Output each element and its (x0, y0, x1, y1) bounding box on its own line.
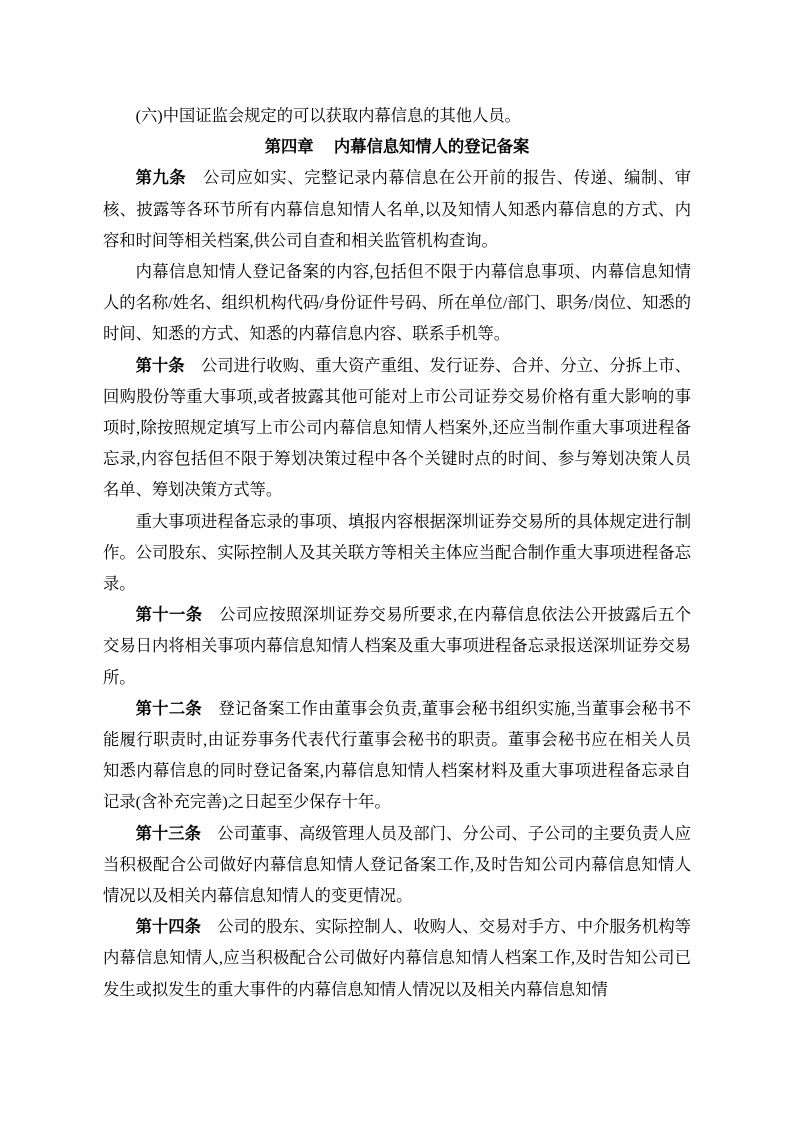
item-six: (六)中国证监会规定的可以获取内幕信息的其他人员。 (103, 100, 691, 131)
bold-text-run: 第十条 (136, 356, 185, 375)
bold-text-run: 第九条 (136, 168, 187, 187)
article-9: 第九条 公司应如实、完整记录内幕信息在公开前的报告、传递、编制、审核、披露等各环… (103, 162, 691, 256)
article-11: 第十一条 公司应按照深圳证券交易所要求,在内幕信息依法公开披露后五个交易日内将相… (103, 599, 691, 693)
article-10: 第十条 公司进行收购、重大资产重组、发行证券、合并、分立、分拆上市、回购股份等重… (103, 350, 691, 506)
article-10-para-2: 重大事项进程备忘录的事项、填报内容根据深圳证券交易所的具体规定进行制作。公司股东… (103, 506, 691, 600)
document-page: (六)中国证监会规定的可以获取内幕信息的其他人员。第四章 内幕信息知情人的登记备… (0, 0, 793, 1122)
article-13: 第十三条 公司董事、高级管理人员及部门、分公司、子公司的主要负责人应当积极配合公… (103, 818, 691, 912)
chapter-4-heading: 第四章 内幕信息知情人的登记备案 (103, 131, 691, 162)
text-run: (六)中国证监会规定的可以获取内幕信息的其他人员。 (136, 106, 521, 125)
text-run: 公司应如实、完整记录内幕信息在公开前的报告、传递、编制、审核、披露等各环节所有内… (103, 168, 691, 249)
text-run: 内幕信息知情人登记备案的内容,包括但不限于内幕信息事项、内幕信息知情人的名称/姓… (103, 262, 691, 343)
article-14: 第十四条 公司的股东、实际控制人、收购人、交易对手方、中介服务机构等内幕信息知情… (103, 911, 691, 1005)
text-run: 重大事项进程备忘录的事项、填报内容根据深圳证券交易所的具体规定进行制作。公司股东… (103, 512, 691, 593)
document-content: (六)中国证监会规定的可以获取内幕信息的其他人员。第四章 内幕信息知情人的登记备… (103, 100, 691, 1005)
bold-text-run: 第十一条 (136, 605, 203, 624)
bold-text-run: 第十二条 (136, 699, 202, 718)
bold-text-run: 第十四条 (136, 917, 201, 936)
article-9-para-2: 内幕信息知情人登记备案的内容,包括但不限于内幕信息事项、内幕信息知情人的名称/姓… (103, 256, 691, 350)
article-12: 第十二条 登记备案工作由董事会负责,董事会秘书组织实施,当董事会秘书不能履行职责… (103, 693, 691, 818)
bold-text-run: 第四章 内幕信息知情人的登记备案 (265, 137, 530, 156)
bold-text-run: 第十三条 (136, 824, 201, 843)
text-run: 公司进行收购、重大资产重组、发行证券、合并、分立、分拆上市、回购股份等重大事项,… (103, 356, 691, 500)
